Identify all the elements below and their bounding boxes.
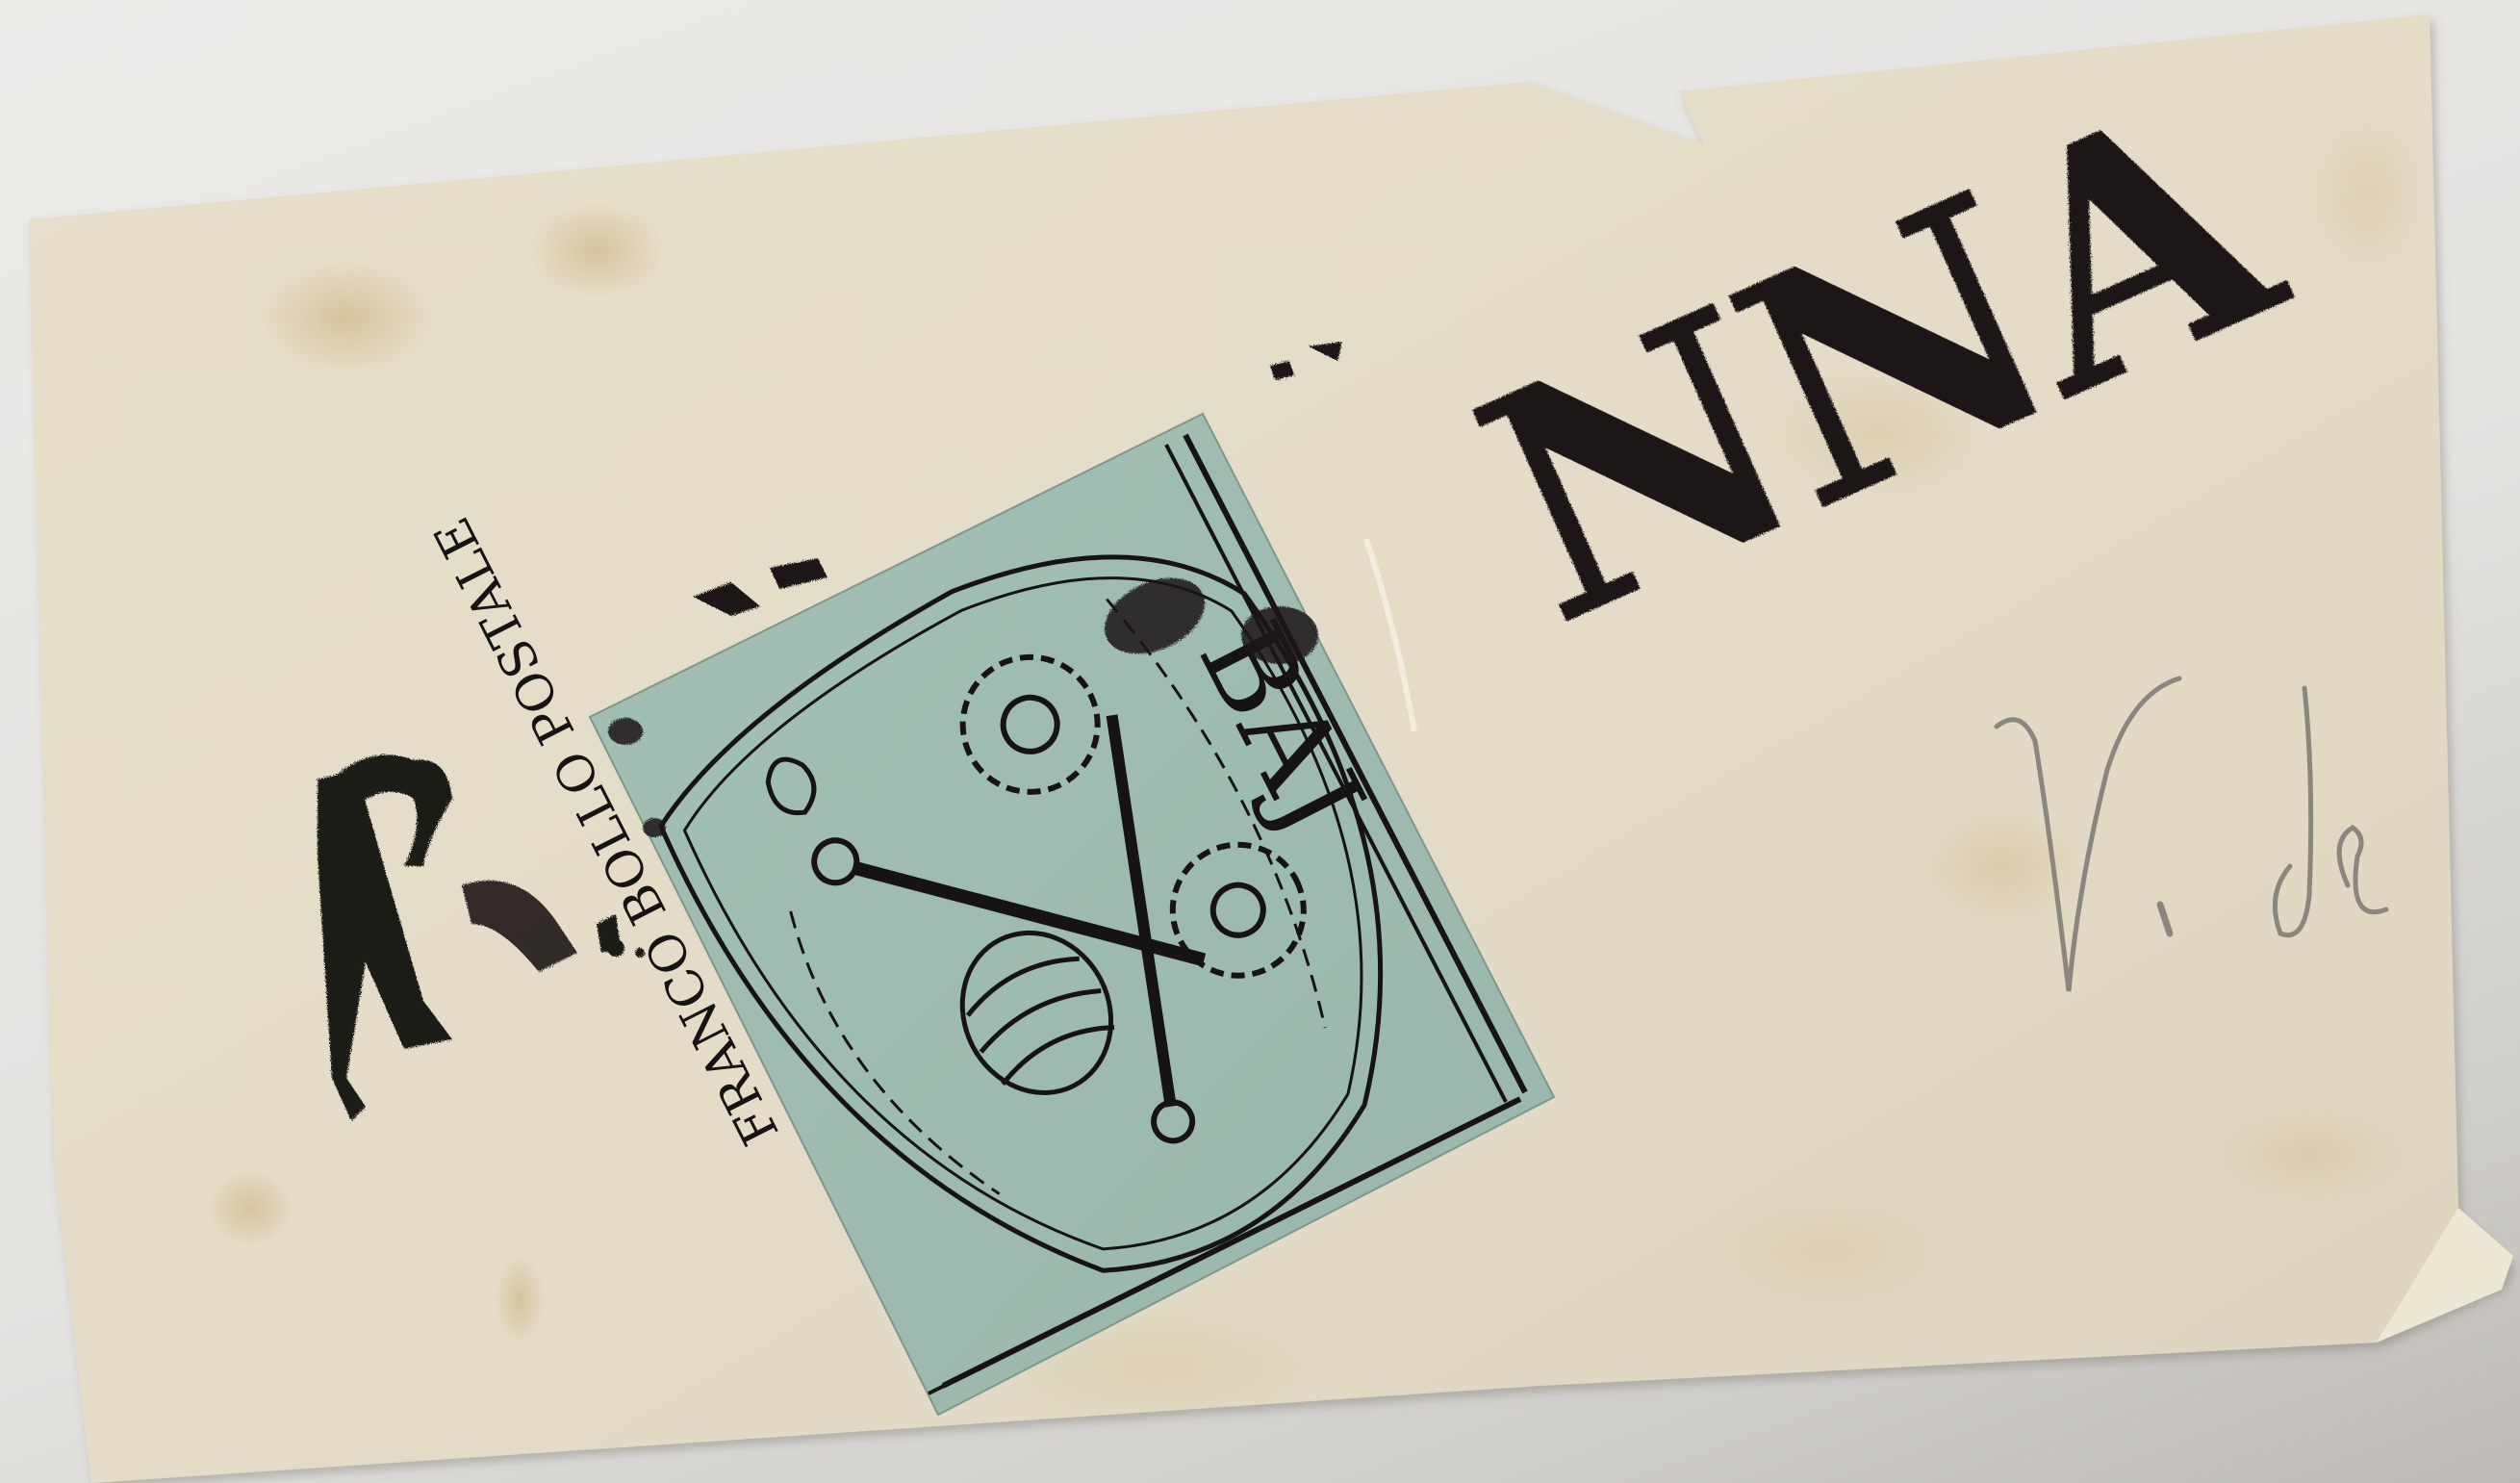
photo-scene: NNA FRANCO BOLLO POSTALE BAJ [0, 0, 2520, 1483]
pencil-annotation-text: V.le [0, 0, 27, 4]
photo-canvas: NNA FRANCO BOLLO POSTALE BAJ [0, 0, 2520, 1483]
